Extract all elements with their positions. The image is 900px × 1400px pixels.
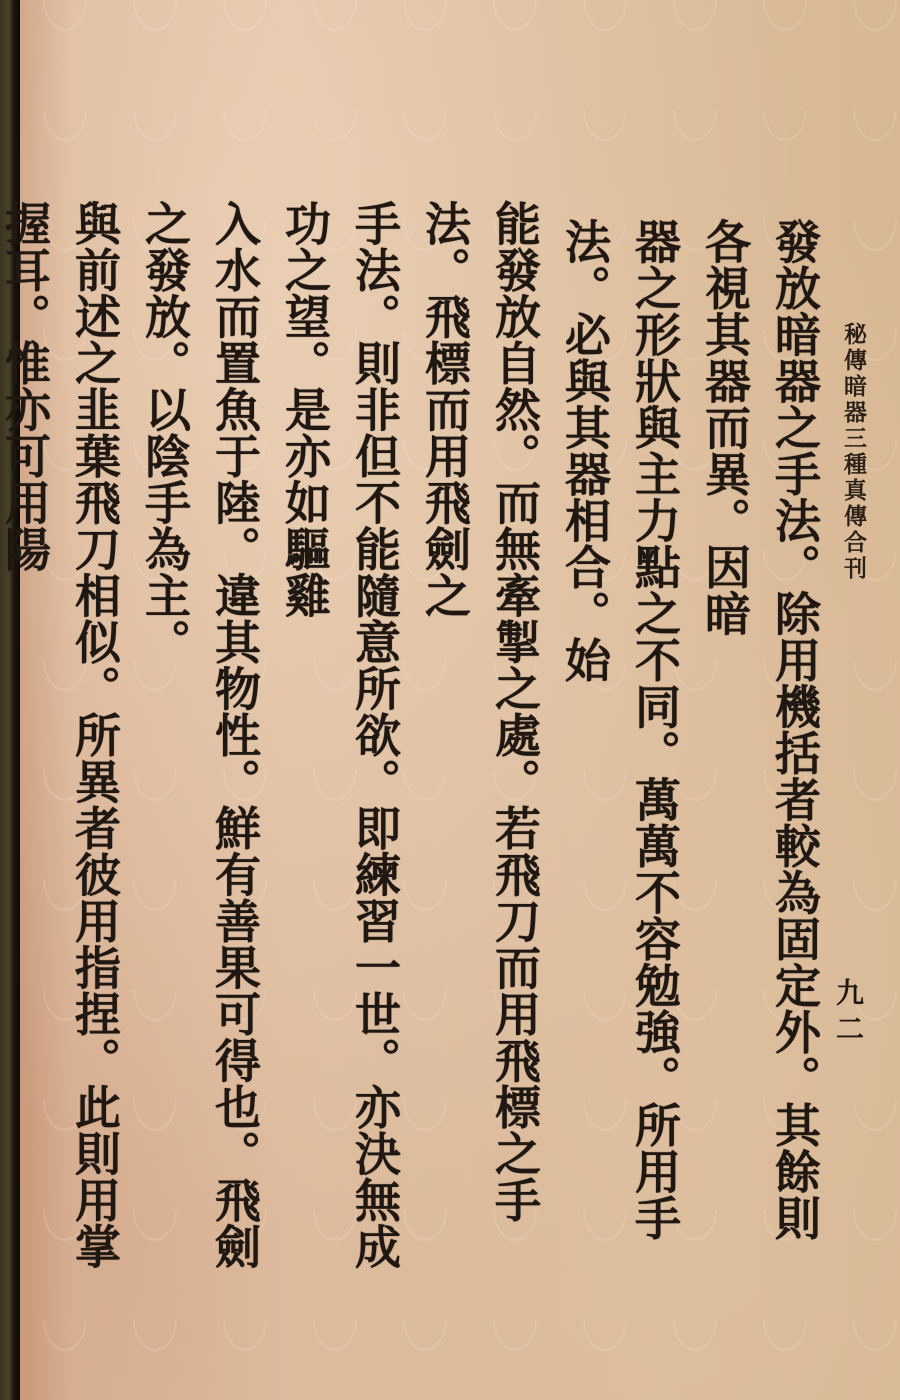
- text-column: 與前述之韭葉飛刀相似。所異者彼用指捏。此則用掌握耳。惟亦可用陽: [0, 200, 130, 1280]
- book-page: 秘傳暗器三種真傳合刊 九二 發放暗器之手法。除用機括者較為固定外。其餘則各視其器…: [20, 0, 900, 1400]
- text-column: 手法。則非但不能隨意所欲。即練習一世。亦決無成功之望。是亦如驅雞: [270, 200, 410, 1280]
- text-column: 能發放自然。而無牽掣之處。若飛刀而用飛標之手法。飛標而用飛劍之: [410, 200, 550, 1280]
- text-column: 入水而置魚于陸。違其物性。鮮有善果可得也。飛劍之發放。以陰手為主。: [130, 200, 270, 1280]
- body-text: 發放暗器之手法。除用機括者較為固定外。其餘則各視其器而異。因暗 器之形狀與主力點…: [0, 200, 830, 1280]
- text-column: 發放暗器之手法。除用機括者較為固定外。其餘則各視其器而異。因暗: [690, 200, 830, 1280]
- page-number: 九二: [840, 978, 868, 1050]
- text-column: 器之形狀與主力點之不同。萬萬不容勉強。所用手法。必與其器相合。始: [550, 200, 690, 1280]
- running-header: 秘傳暗器三種真傳合刊: [844, 322, 870, 582]
